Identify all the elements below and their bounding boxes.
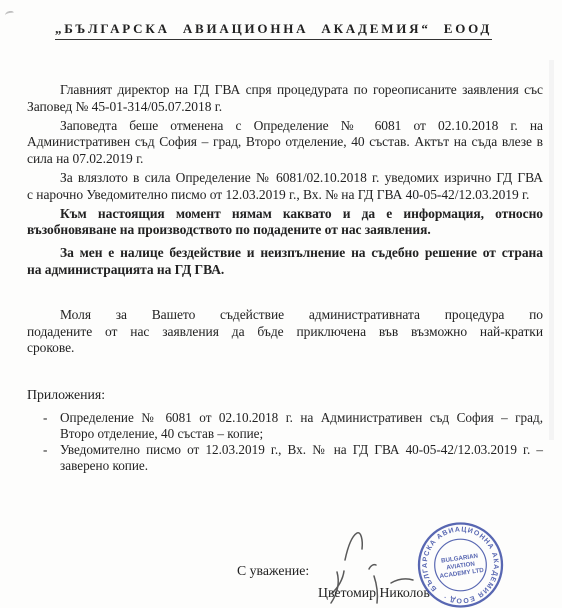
- attachments-label: Приложения:: [27, 386, 543, 403]
- paragraph-line: на администрацията на ГД ГВА.: [27, 262, 543, 279]
- letterhead: „БЪЛГАРСКА АВИАЦИОННА АКАДЕМИЯ“ ЕООД: [55, 20, 543, 40]
- paragraph-line: подадените от нас заявления да бъде прик…: [27, 324, 543, 341]
- paragraph-line: Административен съд София – град, Второ …: [27, 134, 543, 151]
- paragraph-line: срокове.: [27, 340, 543, 357]
- list-item: - Определение № 6081 от 02.10.2018 г. на…: [27, 410, 543, 442]
- handwritten-signature: [300, 515, 430, 608]
- paragraph-request: Моля за Вашето съдействие административн…: [27, 307, 543, 357]
- scanned-letter-page: „БЪЛГАРСКА АВИАЦИОННА АКАДЕМИЯ“ ЕООД Гла…: [0, 0, 562, 608]
- paragraph-line: сила на 07.02.2019 г.: [27, 151, 543, 168]
- signature-stroke: [391, 579, 413, 583]
- paragraph-line: с нарочно Уведомително писмо от 12.03.20…: [27, 187, 543, 204]
- paragraph-line: Заповедта беше отменена с Определение № …: [27, 118, 543, 135]
- attachment-line: заверено копие.: [60, 458, 543, 474]
- paragraph-inaction-claim: За мен е налице бездействие и неизпълнен…: [27, 245, 543, 279]
- attachment-line: Второ отделение, 40 състав – копие;: [60, 426, 543, 442]
- paragraph-notification: За влязлото в сила Определение № 6081/02…: [27, 170, 543, 204]
- paragraph-line: възобновяване на производството по подад…: [27, 222, 543, 239]
- dash-bullet: -: [43, 442, 47, 458]
- paragraph-line: Моля за Вашето съдействие административн…: [27, 307, 543, 324]
- signature-stroke: [369, 565, 376, 569]
- paragraph-line: Към настоящия момент нямам каквато и да …: [27, 206, 543, 223]
- list-item: - Уведомително писмо от 12.03.2019 г., В…: [27, 442, 543, 474]
- paragraph-order-revoked: Заповедта беше отменена с Определение № …: [27, 118, 543, 168]
- paragraph-line: Заповед № 45-01-314/05.07.2018 г.: [27, 99, 543, 116]
- signature-stroke: [374, 576, 377, 603]
- paragraph-line: За влязлото в сила Определение № 6081/02…: [27, 170, 543, 187]
- paragraph-line: За мен е налице бездействие и неизпълнен…: [27, 245, 543, 262]
- paragraph-order-suspended: Главният директор на ГД ГВА спря процеду…: [27, 82, 543, 116]
- attachment-line: Уведомително писмо от 12.03.2019 г., Вх.…: [60, 442, 543, 458]
- attachments-list: - Определение № 6081 от 02.10.2018 г. на…: [27, 410, 543, 474]
- company-name-title: „БЪЛГАРСКА АВИАЦИОННА АКАДЕМИЯ“ ЕООД: [55, 21, 492, 40]
- attachment-line: Определение № 6081 от 02.10.2018 г. на А…: [60, 410, 543, 426]
- paragraph-line: Главният директор на ГД ГВА спря процеду…: [27, 82, 543, 99]
- dash-bullet: -: [43, 410, 47, 426]
- signature-stroke: [345, 533, 362, 560]
- paragraph-no-information: Към настоящия момент нямам каквато и да …: [27, 206, 543, 240]
